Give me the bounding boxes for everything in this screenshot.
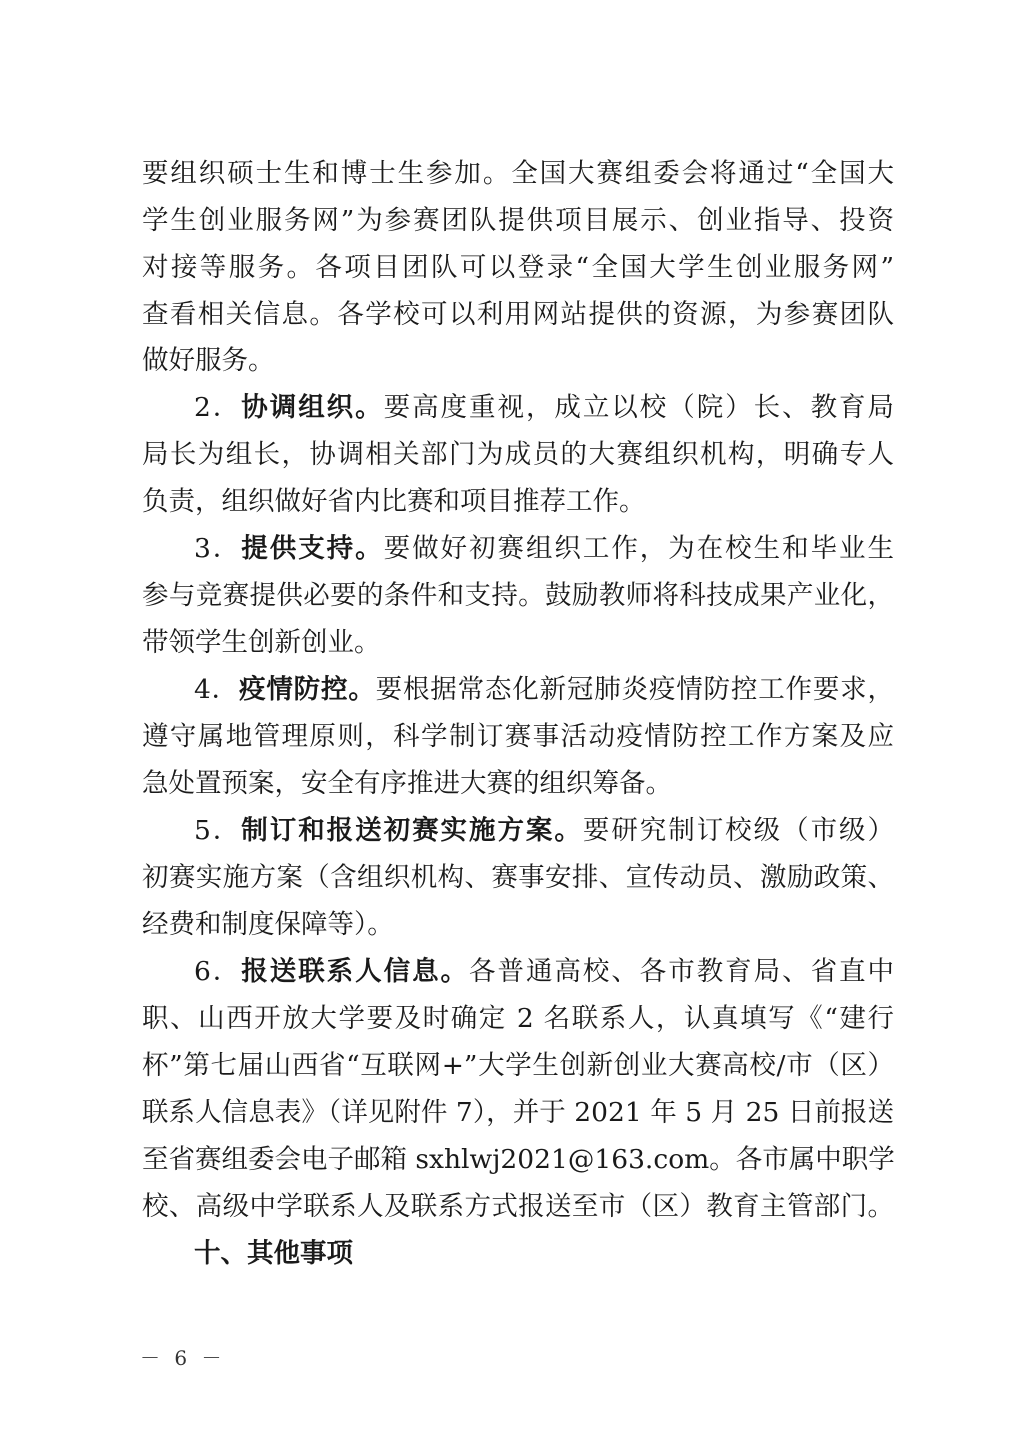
item-2-first-line-text: 要高度重视，成立以校（院）长、教育局: [384, 392, 894, 423]
document-page: 要组织硕士生和博士生参加。全国大赛组委会将通过“全国大 学生创业服务网”为参赛团…: [0, 0, 1024, 1448]
item-5-line-3: 经费和制度保障等）。: [142, 905, 894, 945]
item-6-line-2: 职、山西开放大学要及时确定 2 名联系人，认真填写《“建行: [142, 999, 894, 1039]
item-5-number: 5．: [194, 815, 241, 846]
item-3-line-3: 带领学生创新创业。: [142, 623, 894, 663]
item-5-line-2: 初赛实施方案（含组织机构、赛事安排、宣传动员、激励政策、: [142, 858, 894, 898]
item-4-first-line: 4．疫情防控。要根据常态化新冠肺炎疫情防控工作要求，: [194, 670, 894, 710]
item-4-line-2: 遵守属地管理原则，科学制订赛事活动疫情防控工作方案及应: [142, 717, 894, 757]
item-4-line-3: 急处置预案，安全有序推进大赛的组织筹备。: [142, 764, 894, 804]
item-3-first-line: 3．提供支持。要做好初赛组织工作，为在校生和毕业生: [194, 529, 894, 569]
paragraph-1-line-3: 对接等服务。各项目团队可以登录“全国大学生创业服务网”: [142, 248, 894, 288]
item-2-first-line: 2．协调组织。要高度重视，成立以校（院）长、教育局: [194, 388, 894, 428]
item-3-number: 3．: [194, 533, 241, 564]
paragraph-1-line-5: 做好服务。: [142, 341, 894, 381]
item-3-first-line-text: 要做好初赛组织工作，为在校生和毕业生: [384, 533, 894, 564]
item-2-number: 2．: [194, 392, 241, 423]
item-3-line-2: 参与竞赛提供必要的条件和支持。鼓励教师将科技成果产业化，: [142, 576, 894, 616]
item-6-line-6: 校、高级中学联系人及联系方式报送至市（区）教育主管部门。: [142, 1187, 894, 1227]
item-5-title: 制订和报送初赛实施方案。: [241, 815, 583, 846]
item-6-line-5: 至省赛组委会电子邮箱 sxhlwj2021@163.com。各市属中职学: [142, 1140, 894, 1180]
item-5-first-line-text: 要研究制订校级（市级）: [583, 815, 894, 846]
item-3-title: 提供支持。: [241, 533, 383, 564]
item-4-number: 4．: [194, 674, 239, 705]
paragraph-1-line-2: 学生创业服务网”为参赛团队提供项目展示、创业指导、投资: [142, 201, 894, 241]
item-4-first-line-text: 要根据常态化新冠肺炎疫情防控工作要求，: [376, 674, 894, 705]
section-heading: 十、其他事项: [194, 1234, 353, 1274]
item-6-title: 报送联系人信息。: [241, 956, 469, 987]
item-6-line-3: 杯”第七届山西省“互联网+”大学生创新创业大赛高校/市（区）: [142, 1046, 894, 1086]
item-2-line-2: 局长为组长，协调相关部门为成员的大赛组织机构，明确专人: [142, 435, 894, 475]
item-2-line-3: 负责，组织做好省内比赛和项目推荐工作。: [142, 482, 894, 522]
item-5-first-line: 5．制订和报送初赛实施方案。要研究制订校级（市级）: [194, 811, 894, 851]
item-6-number: 6．: [194, 956, 241, 987]
item-6-first-line: 6．报送联系人信息。各普通高校、各市教育局、省直中: [194, 952, 894, 992]
page-number: － 6 －: [140, 1342, 225, 1371]
item-2-title: 协调组织。: [241, 392, 383, 423]
item-4-title: 疫情防控。: [239, 674, 376, 705]
paragraph-1-line-1: 要组织硕士生和博士生参加。全国大赛组委会将通过“全国大: [142, 154, 894, 194]
item-6-line-4: 联系人信息表》（详见附件 7），并于 2021 年 5 月 25 日前报送: [142, 1093, 894, 1133]
paragraph-1-line-4: 查看相关信息。各学校可以利用网站提供的资源，为参赛团队: [142, 295, 894, 335]
item-6-first-line-text: 各普通高校、各市教育局、省直中: [469, 956, 894, 987]
